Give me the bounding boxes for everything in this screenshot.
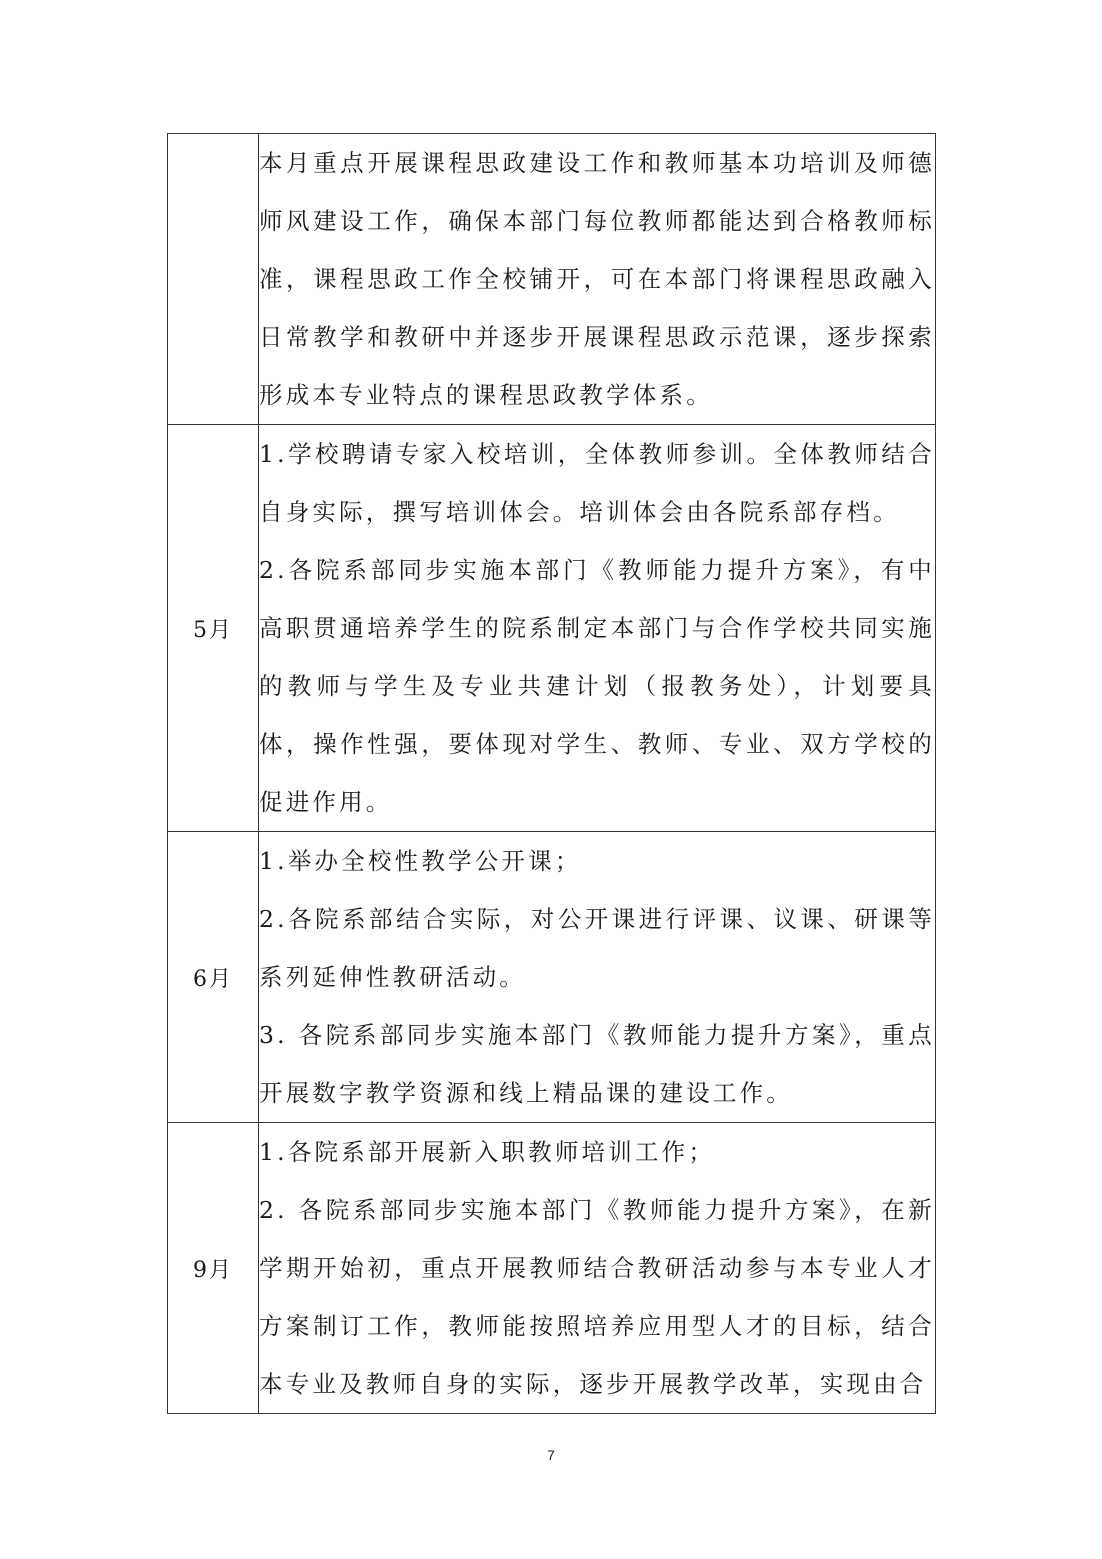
page-number: 7 xyxy=(0,1447,1102,1463)
content-cell: 1.学校聘请专家入校培训，全体教师参训。全体教师结合自身实际，撰写培训体会。培训… xyxy=(259,425,936,832)
month-cell: 5月 xyxy=(168,425,259,832)
paragraph: 本月重点开展课程思政建设工作和教师基本功培训及师德师风建设工作，确保本部门每位教… xyxy=(259,134,935,424)
paragraph: 3. 各院系部同步实施本部门《教师能力提升方案》，重点开展数字教学资源和线上精品… xyxy=(259,1006,935,1122)
month-cell: 9月 xyxy=(168,1123,259,1414)
content-cell: 1.举办全校性教学公开课； 2.各院系部结合实际，对公开课进行评课、议课、研课等… xyxy=(259,832,936,1123)
monthly-plan-table: 本月重点开展课程思政建设工作和教师基本功培训及师德师风建设工作，确保本部门每位教… xyxy=(167,133,936,1414)
paragraph: 1.举办全校性教学公开课； xyxy=(259,832,935,890)
paragraph: 2.各院系部同步实施本部门《教师能力提升方案》，有中高职贯通培养学生的院系制定本… xyxy=(259,541,935,831)
content-cell: 本月重点开展课程思政建设工作和教师基本功培训及师德师风建设工作，确保本部门每位教… xyxy=(259,134,936,425)
paragraph: 1.各院系部开展新入职教师培训工作； xyxy=(259,1123,935,1181)
month-cell: 6月 xyxy=(168,832,259,1123)
content-cell: 1.各院系部开展新入职教师培训工作； 2. 各院系部同步实施本部门《教师能力提升… xyxy=(259,1123,936,1414)
table-row: 5月 1.学校聘请专家入校培训，全体教师参训。全体教师结合自身实际，撰写培训体会… xyxy=(168,425,936,832)
month-cell xyxy=(168,134,259,425)
table-row: 9月 1.各院系部开展新入职教师培训工作； 2. 各院系部同步实施本部门《教师能… xyxy=(168,1123,936,1414)
table-row: 本月重点开展课程思政建设工作和教师基本功培训及师德师风建设工作，确保本部门每位教… xyxy=(168,134,936,425)
document-page: 本月重点开展课程思政建设工作和教师基本功培训及师德师风建设工作，确保本部门每位教… xyxy=(0,0,1102,1559)
table-row: 6月 1.举办全校性教学公开课； 2.各院系部结合实际，对公开课进行评课、议课、… xyxy=(168,832,936,1123)
paragraph: 2. 各院系部同步实施本部门《教师能力提升方案》，在新学期开始初，重点开展教师结… xyxy=(259,1181,935,1413)
paragraph: 2.各院系部结合实际，对公开课进行评课、议课、研课等系列延伸性教研活动。 xyxy=(259,890,935,1006)
paragraph: 1.学校聘请专家入校培训，全体教师参训。全体教师结合自身实际，撰写培训体会。培训… xyxy=(259,425,935,541)
